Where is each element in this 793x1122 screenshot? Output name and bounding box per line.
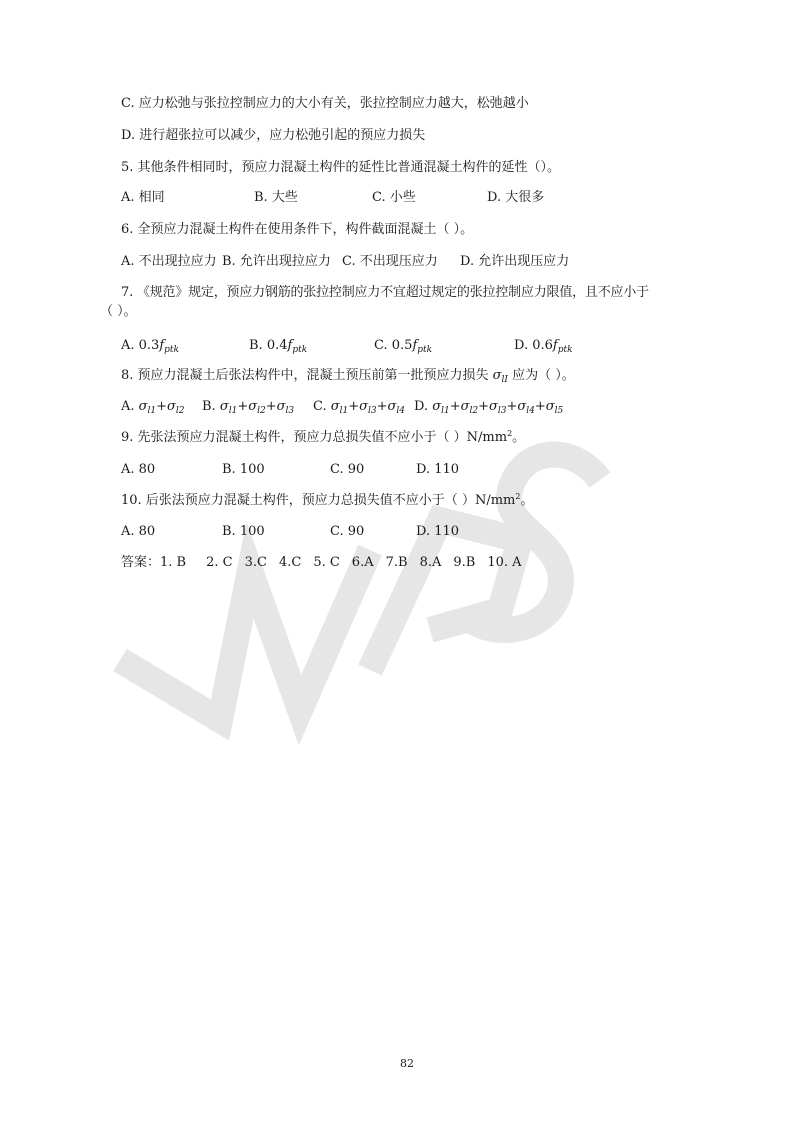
q7-option-d: D. 0.6fptk [514,338,573,358]
q9-stem: 9. 先张法预应力混凝土构件，预应力总损失值不应小于（ ）N/mm2。 [121,430,525,446]
q6-stem: 6. 全预应力混凝土构件在使用条件下，构件截面混凝土（ ）。 [121,222,473,238]
q10-option-c: C. 90 [330,524,364,540]
q6-option-d: D. 允许出现压应力 [460,254,569,270]
q5-option-d: D. 大很多 [487,190,544,206]
q8-option-b: B. σl1+σl2+σl3 [202,399,294,419]
q5-option-c: C. 小些 [372,190,416,206]
q10-option-d: D. 110 [416,524,459,540]
page-number: 82 [400,1056,414,1072]
q7-option-b: B. 0.4fptk [249,338,307,358]
answer-item: 8.A [420,555,442,570]
q9-option-c: C. 90 [330,462,364,478]
answer-item: 4.C [279,555,301,570]
answer-key-label: 答案： [121,555,160,570]
answer-item: 7.B [386,555,408,570]
q7-option-c: C. 0.5fptk [374,338,432,358]
q4-option-c: C. 应力松弛与张拉控制应力的大小有关，张拉控制应力越大，松弛越小 [121,96,529,112]
answer-item: 10. A [487,555,521,570]
answer-item: 2. C [206,555,232,570]
q7-option-a: A. 0.3fptk [121,338,179,358]
q10-option-b: B. 100 [222,524,265,540]
answer-item: 5. C [313,555,339,570]
q9-option-b: B. 100 [222,462,265,478]
q6-option-a: A. 不出现拉应力 [121,254,217,270]
q5-option-a: A. 相同 [121,190,165,206]
q8-stem: 8. 预应力混凝土后张法构件中，混凝土预压前第一批预应力损失 σlI 应为（ ）… [121,368,575,388]
q9-option-a: A. 80 [121,462,155,478]
q8-option-d: D. σl1+σl2+σl3+σl4+σl5 [414,399,563,419]
q6-option-b: B. 允许出现拉应力 [222,254,331,270]
q6-option-c: C. 不出现压应力 [342,254,438,270]
answer-item: 3.C [245,555,267,570]
q7-stem-line2: （ ）。 [100,304,137,320]
answer-item: 1. B [160,555,186,570]
q4-option-d: D. 进行超张拉可以减少，应力松弛引起的预应力损失 [121,128,425,144]
q8-option-a: A. σl1+σl2 [121,399,185,419]
q8-option-c: C. σl1+σl3+σl4 [313,399,405,419]
answer-item: 9.B [453,555,475,570]
q10-option-a: A. 80 [121,524,155,540]
q7-stem-line1: 7. 《规范》规定，预应力钢筋的张拉控制应力不宜超过规定的张拉控制应力限值，且不… [121,285,649,301]
q5-option-b: B. 大些 [254,190,298,206]
answer-item: 6.A [352,555,374,570]
q9-option-d: D. 110 [416,462,459,478]
q10-stem: 10. 后张法预应力混凝土构件，预应力总损失值不应小于（ ）N/mm2。 [121,493,533,509]
answer-key: 答案：1. B2. C3.C4.C5. C6.A7.B8.A9.B10. A [121,555,522,571]
q5-stem: 5. 其他条件相同时，预应力混凝土构件的延性比普通混凝土构件的延性（）。 [121,160,560,176]
